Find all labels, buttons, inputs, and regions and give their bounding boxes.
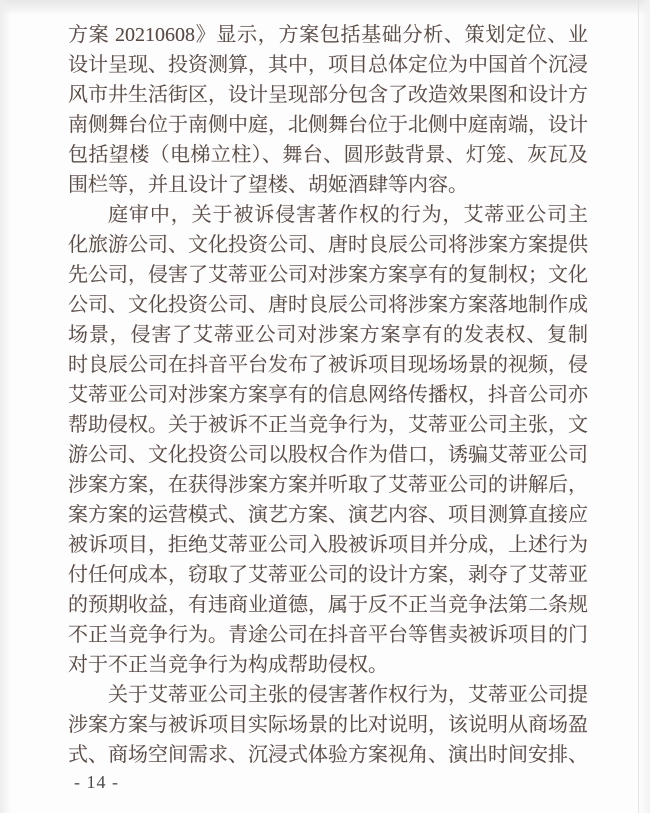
text-line: 围栏等，并且设计了望楼、胡姬酒肆等内容。 xyxy=(68,170,588,200)
text-line: 设计呈现、投资测算，其中，项目总体定位为中国首个沉浸式唐 xyxy=(68,50,588,80)
text-line: 对于不正当竞争行为构成帮助侵权。 xyxy=(68,650,588,680)
document-page: 方案 20210608》显示，方案包括基础分析、策划定位、业态规划、 设计呈现、… xyxy=(0,0,650,813)
text-line: 不正当竞争行为。青途公司在抖音平台等售卖被诉项目的门票， xyxy=(68,620,588,650)
text-line: 化旅游公司、文化投资公司、唐时良辰公司将涉案方案提供给当 xyxy=(68,230,588,260)
text-line: 帮助侵权。关于被诉不正当竞争行为，艾蒂亚公司主张，文化旅 xyxy=(68,410,588,440)
text-line: 游公司、文化投资公司以股权合作为借口，诱骗艾蒂亚公司提供 xyxy=(68,440,588,470)
text-line: 庭审中，关于被诉侵害著作权的行为，艾蒂亚公司主张，文 xyxy=(68,200,588,230)
page-top-edge-shadow xyxy=(0,0,650,14)
text-line: 案方案的运营模式、演艺方案、演艺内容、项目测算直接应用于 xyxy=(68,500,588,530)
text-line: 付任何成本，窃取了艾蒂亚公司的设计方案，剥夺了艾蒂亚公司 xyxy=(68,560,588,590)
text-line: 被诉项目，拒绝艾蒂亚公司入股被诉项目并分成，上述行为未支 xyxy=(68,530,588,560)
text-line: 的预期收益，有违商业道德，属于反不正当竞争法第二条规制的 xyxy=(68,590,588,620)
text-line: 风市井生活街区，设计呈现部分包含了改造效果图和设计方案， xyxy=(68,80,588,110)
text-line: 时良辰公司在抖音平台发布了被诉项目现场场景的视频，侵害了 xyxy=(68,350,588,380)
text-line: 包括望楼（电梯立柱）、舞台、圆形鼓背景、灯笼、灰瓦及红色 xyxy=(68,140,588,170)
text-line: 场景，侵害了艾蒂亚公司对涉案方案享有的发表权、复制权；唐 xyxy=(68,320,588,350)
text-line: 涉案方案，在获得涉案方案并听取了艾蒂亚公司的讲解后，将涉 xyxy=(68,470,588,500)
text-line: 关于艾蒂亚公司主张的侵害著作权行为，艾蒂亚公司提交了 xyxy=(68,680,588,710)
text-line: 艾蒂亚公司对涉案方案享有的信息网络传播权，抖音公司亦构成 xyxy=(68,380,588,410)
text-line: 式、商场空间需求、沉浸式体验方案视角、演出时间安排、演艺 xyxy=(68,740,588,770)
text-line: 南侧舞台位于南侧中庭，北侧舞台位于北侧中庭南端，设计元素 xyxy=(68,110,588,140)
text-line: 方案 20210608》显示，方案包括基础分析、策划定位、业态规划、 xyxy=(68,20,588,50)
text-line: 先公司，侵害了艾蒂亚公司对涉案方案享有的复制权；文化旅游 xyxy=(68,260,588,290)
text-line: 涉案方案与被诉项目实际场景的比对说明，该说明从商场盈利模 xyxy=(68,710,588,740)
page-left-edge-shadow xyxy=(0,0,11,813)
page-number: - 14 - xyxy=(74,772,119,793)
text-line: 公司、文化投资公司、唐时良辰公司将涉案方案落地制作成现场 xyxy=(68,290,588,320)
page-right-edge-shadow xyxy=(638,0,650,813)
body-text: 方案 20210608》显示，方案包括基础分析、策划定位、业态规划、 设计呈现、… xyxy=(68,20,588,770)
